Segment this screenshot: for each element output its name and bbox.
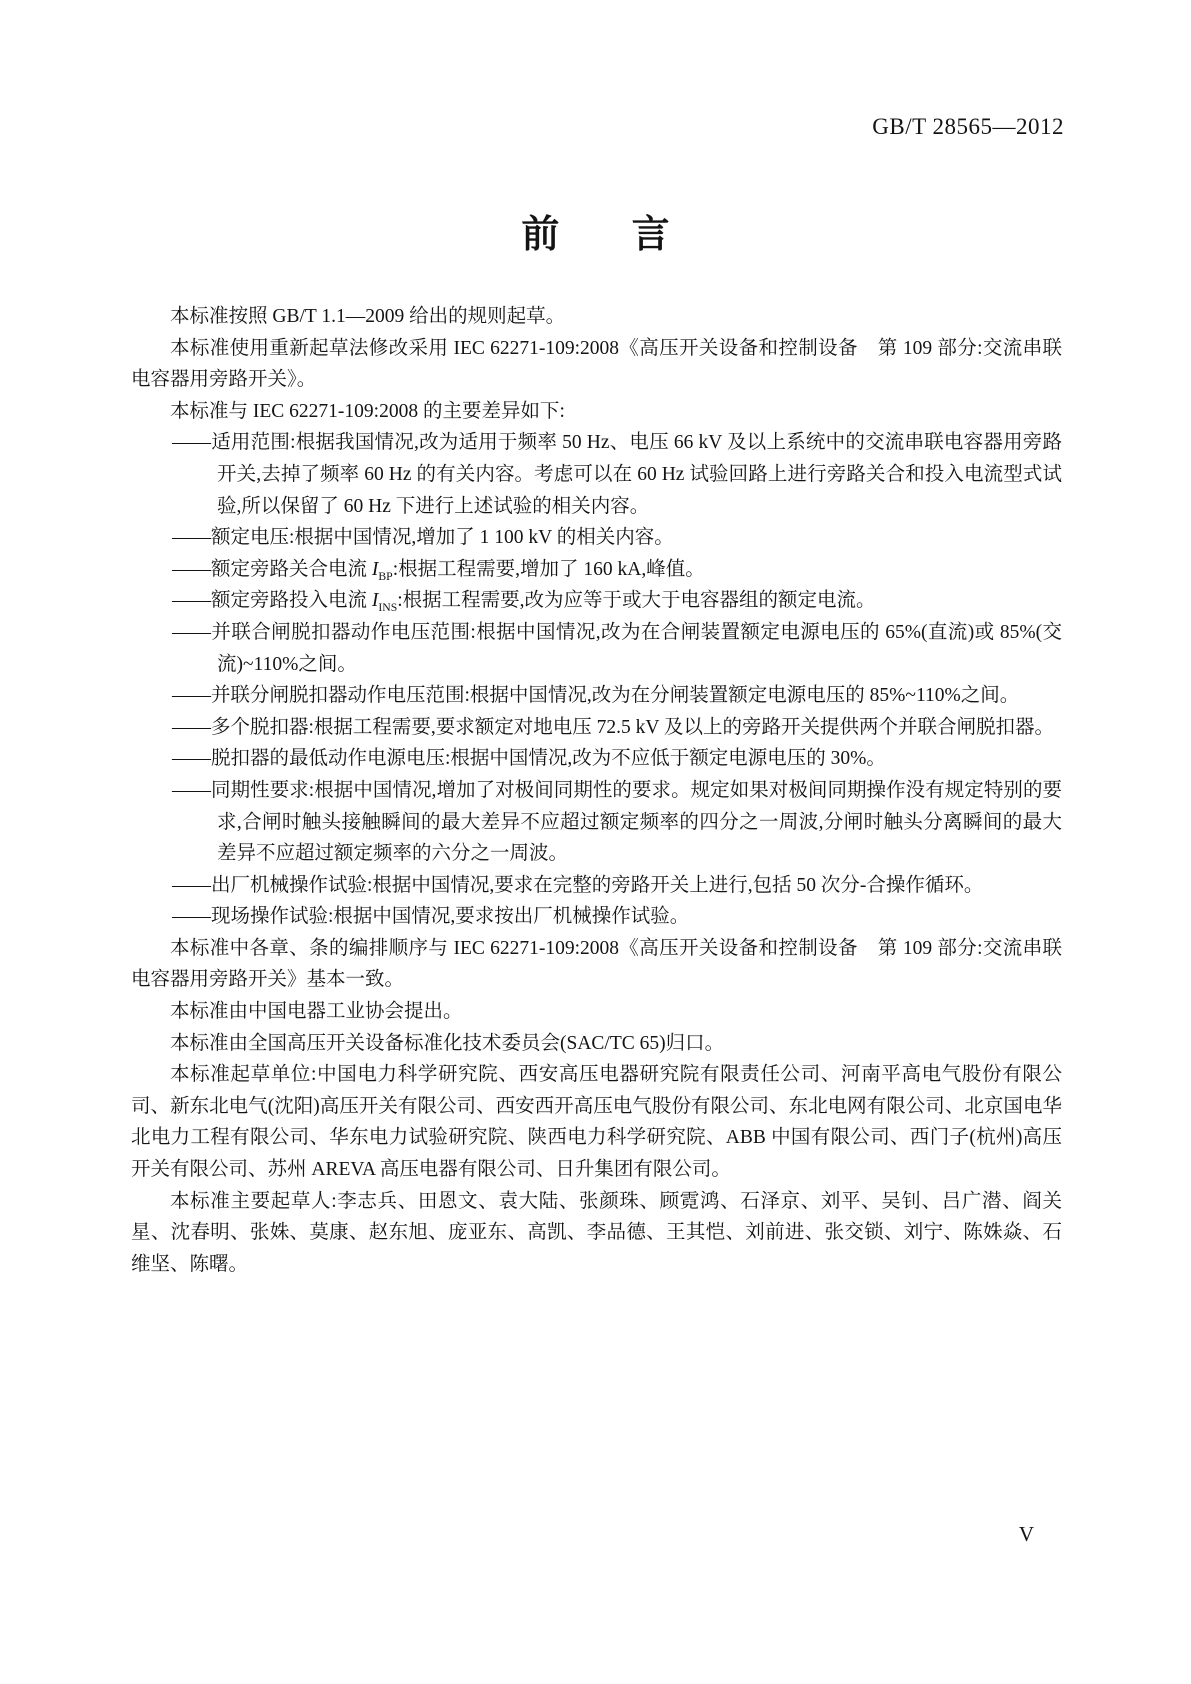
list-item: ——并联分闸脱扣器动作电压范围:根据中国情况,改为在分闸装置额定电源电压的 85… <box>131 680 1062 712</box>
list-item: ——额定旁路投入电流 IINS:根据工程需要,改为应等于或大于电容器组的额定电流… <box>131 585 1062 617</box>
list-item: ——同期性要求:根据中国情况,增加了对极间同期性的要求。规定如果对极间同期操作没… <box>131 775 1062 870</box>
standard-code: GB/T 28565—2012 <box>872 114 1064 140</box>
list-item: ——适用范围:根据我国情况,改为适用于频率 50 Hz、电压 66 kV 及以上… <box>131 427 1062 522</box>
para-adoption: 本标准使用重新起草法修改采用 IEC 62271-109:2008《高压开关设备… <box>131 333 1062 396</box>
dash: —— <box>172 875 211 896</box>
list-item: ——脱扣器的最低动作电源电压:根据中国情况,改为不应低于额定电源电压的 30%。 <box>131 743 1062 775</box>
dash: —— <box>172 559 211 580</box>
para-order: 本标准中各章、条的编排顺序与 IEC 62271-109:2008《高压开关设备… <box>131 933 1062 996</box>
dash: —— <box>172 622 211 643</box>
para-drafting-rule: 本标准按照 GB/T 1.1—2009 给出的规则起草。 <box>131 301 1062 333</box>
difference-list: ——适用范围:根据我国情况,改为适用于频率 50 Hz、电压 66 kV 及以上… <box>131 427 1062 933</box>
dash: —— <box>172 780 211 801</box>
para-diff-intro: 本标准与 IEC 62271-109:2008 的主要差异如下: <box>131 396 1062 428</box>
dash: —— <box>172 717 211 738</box>
list-item: ——额定电压:根据中国情况,增加了 1 100 kV 的相关内容。 <box>131 522 1062 554</box>
dash: —— <box>172 527 211 548</box>
para-centralized: 本标准由全国高压开关设备标准化技术委员会(SAC/TC 65)归口。 <box>131 1028 1062 1060</box>
dash: —— <box>172 748 211 769</box>
dash: —— <box>172 685 211 706</box>
dash: —— <box>172 432 211 453</box>
dash: —— <box>172 906 211 927</box>
list-item: ——现场操作试验:根据中国情况,要求按出厂机械操作试验。 <box>131 901 1062 933</box>
list-item: ——多个脱扣器:根据工程需要,要求额定对地电压 72.5 kV 及以上的旁路开关… <box>131 712 1062 744</box>
list-item: ——并联合闸脱扣器动作电压范围:根据中国情况,改为在合闸装置额定电源电压的 65… <box>131 617 1062 680</box>
document-page: GB/T 28565—2012 前言 本标准按照 GB/T 1.1—2009 给… <box>0 0 1191 1684</box>
para-drafters: 本标准主要起草人:李志兵、田恩文、袁大陆、张颜珠、顾霓鸿、石泽京、刘平、吴钊、吕… <box>131 1186 1062 1281</box>
dash: —— <box>172 590 211 611</box>
subscript-BP: BP <box>378 570 392 583</box>
page-number: V <box>1019 1522 1034 1547</box>
para-proposed: 本标准由中国电器工业协会提出。 <box>131 996 1062 1028</box>
list-item: ——额定旁路关合电流 IBP:根据工程需要,增加了 160 kA,峰值。 <box>131 554 1062 586</box>
foreword-body: 本标准按照 GB/T 1.1—2009 给出的规则起草。 本标准使用重新起草法修… <box>131 301 1062 1280</box>
list-item: ——出厂机械操作试验:根据中国情况,要求在完整的旁路开关上进行,包括 50 次分… <box>131 870 1062 902</box>
page-title: 前言 <box>0 203 1191 258</box>
para-drafting-units: 本标准起草单位:中国电力科学研究院、西安高压电器研究院有限责任公司、河南平高电气… <box>131 1059 1062 1185</box>
subscript-INS: INS <box>378 601 397 614</box>
